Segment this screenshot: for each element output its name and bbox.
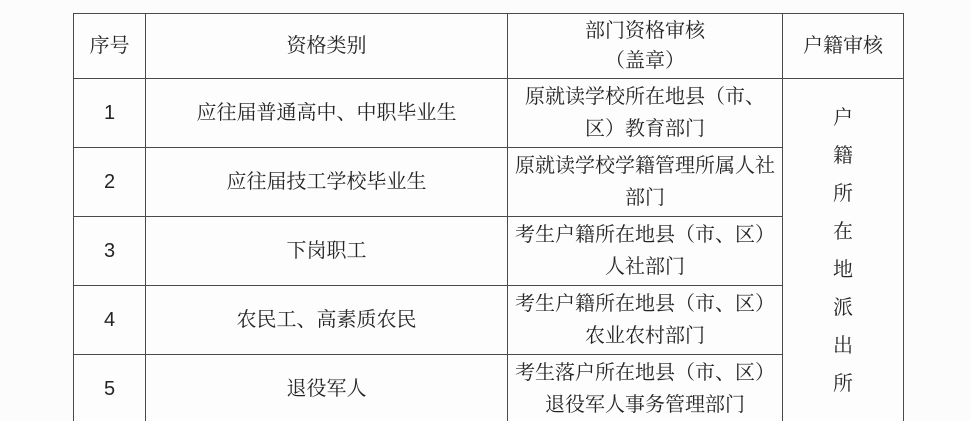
- header-row: 序号 资格类别 部门资格审核 （盖章） 户籍审核: [74, 14, 904, 79]
- header-hukou-review: 户籍审核: [783, 14, 904, 79]
- cell-hukou-police-station: 户籍所在地派出所: [783, 79, 904, 421]
- cell-department: 原就读学校学籍管理所属人社部门: [508, 148, 783, 217]
- hukou-police-station-vertical-text: 户籍所在地派出所: [833, 99, 853, 403]
- cell-serial-number: 2: [74, 148, 146, 217]
- table-header: 序号 资格类别 部门资格审核 （盖章） 户籍审核: [74, 14, 904, 79]
- header-qualification-category: 资格类别: [146, 14, 508, 79]
- cell-department: 原就读学校所在地县（市、区）教育部门: [508, 79, 783, 148]
- document-page: 序号 资格类别 部门资格审核 （盖章） 户籍审核 1 应往届普通高中、中职毕业生…: [0, 0, 970, 421]
- table-row: 5 退役军人 考生落户所在地县（市、区）退役军人事务管理部门: [74, 355, 904, 421]
- cell-serial-number: 3: [74, 217, 146, 286]
- header-department-review: 部门资格审核 （盖章）: [508, 14, 783, 79]
- header-department-review-line2: （盖章）: [514, 46, 776, 76]
- cell-serial-number: 1: [74, 79, 146, 148]
- table-row: 3 下岗职工 考生户籍所在地县（市、区）人社部门: [74, 217, 904, 286]
- table-row: 2 应往届技工学校毕业生 原就读学校学籍管理所属人社部门: [74, 148, 904, 217]
- table-row: 4 农民工、高素质农民 考生户籍所在地县（市、区）农业农村部门: [74, 286, 904, 355]
- qualification-review-table: 序号 资格类别 部门资格审核 （盖章） 户籍审核 1 应往届普通高中、中职毕业生…: [73, 13, 904, 421]
- cell-department: 考生落户所在地县（市、区）退役军人事务管理部门: [508, 355, 783, 421]
- cell-serial-number: 5: [74, 355, 146, 421]
- cell-category: 应往届普通高中、中职毕业生: [146, 79, 508, 148]
- table-body: 1 应往届普通高中、中职毕业生 原就读学校所在地县（市、区）教育部门 户籍所在地…: [74, 79, 904, 421]
- cell-category: 应往届技工学校毕业生: [146, 148, 508, 217]
- cell-serial-number: 4: [74, 286, 146, 355]
- cell-department: 考生户籍所在地县（市、区）人社部门: [508, 217, 783, 286]
- header-department-review-line1: 部门资格审核: [514, 16, 776, 46]
- cell-category: 退役军人: [146, 355, 508, 421]
- table-row: 1 应往届普通高中、中职毕业生 原就读学校所在地县（市、区）教育部门 户籍所在地…: [74, 79, 904, 148]
- cell-department: 考生户籍所在地县（市、区）农业农村部门: [508, 286, 783, 355]
- header-serial-number: 序号: [74, 14, 146, 79]
- cell-category: 农民工、高素质农民: [146, 286, 508, 355]
- cell-category: 下岗职工: [146, 217, 508, 286]
